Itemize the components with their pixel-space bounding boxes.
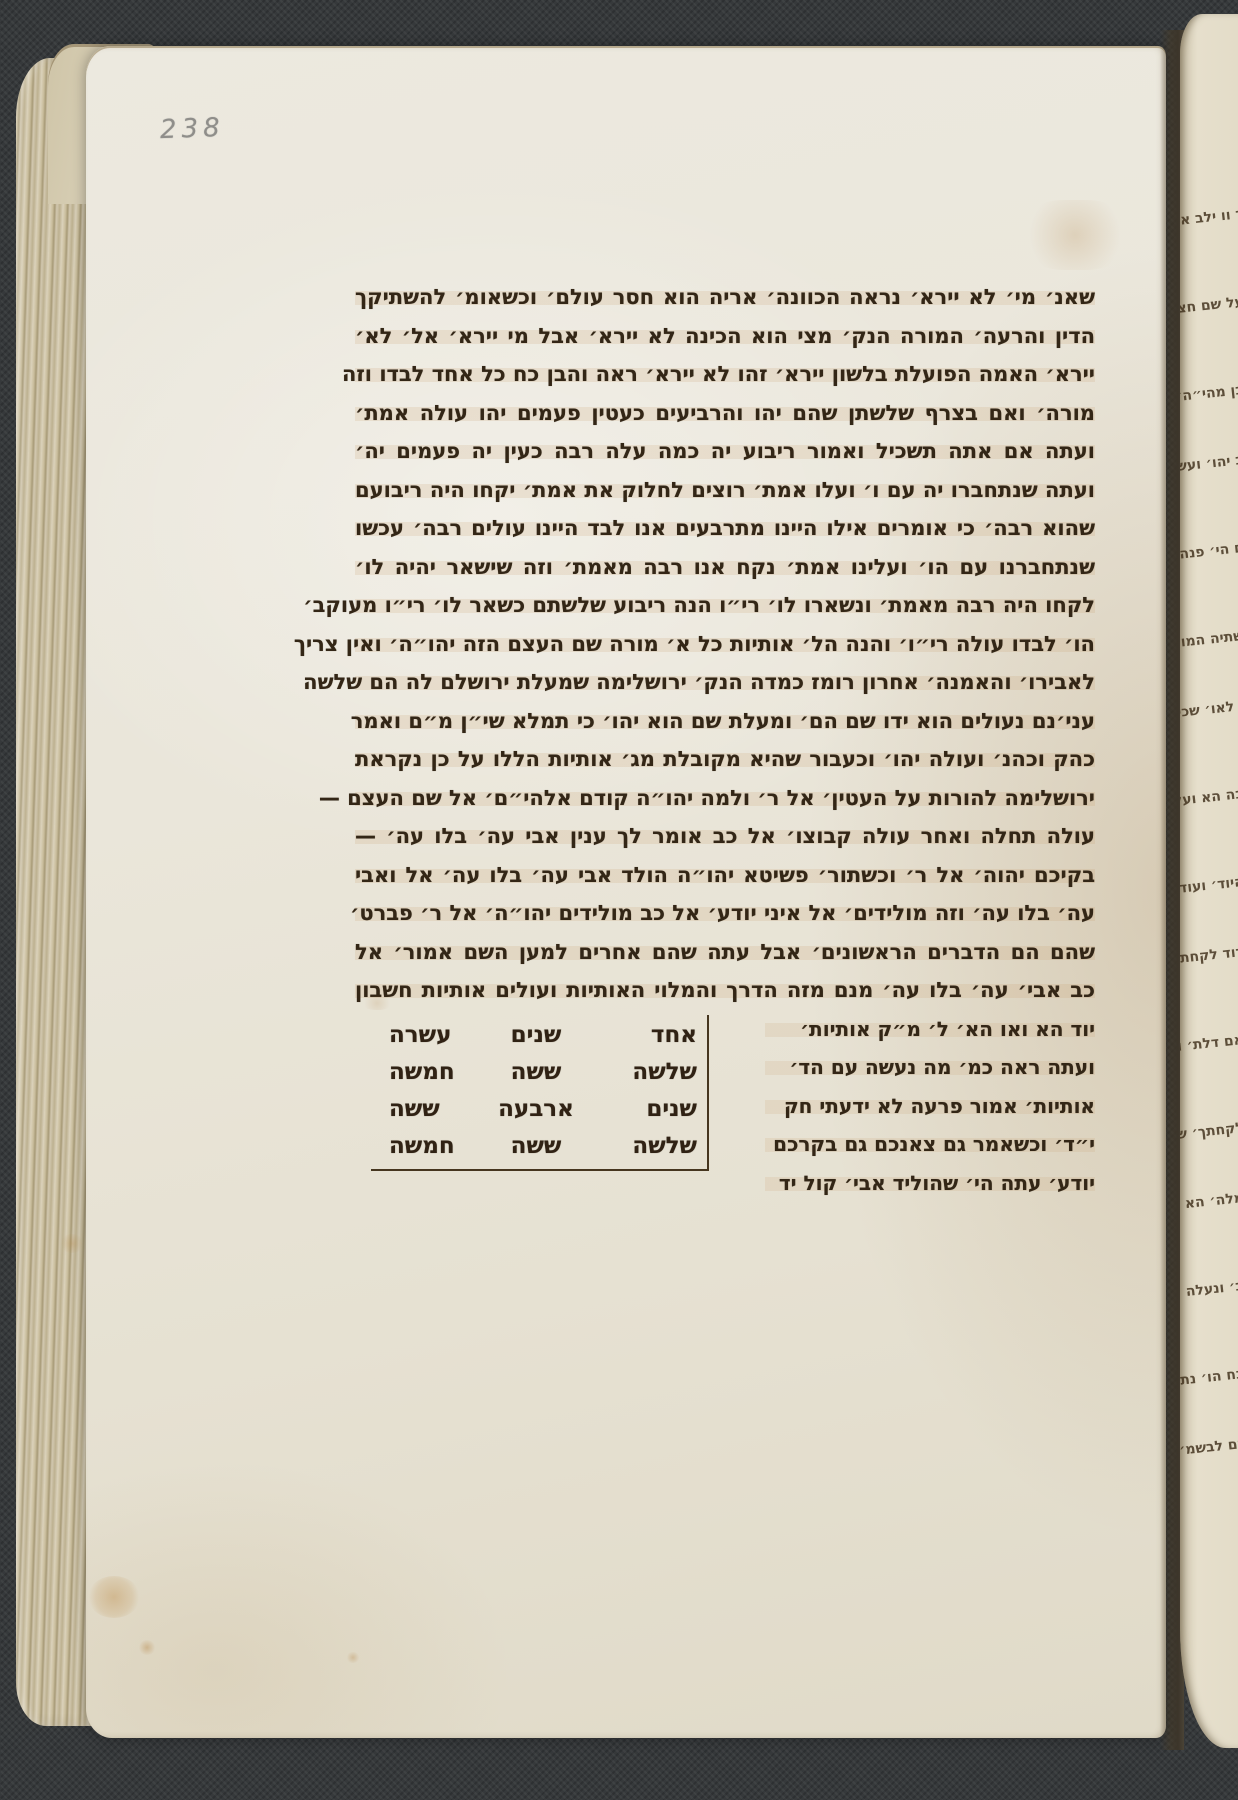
gematria-table-cell: שנים (596, 1091, 697, 1128)
manuscript-line: שהוא רבה׳ כי אומרים אילו היינו מתרבעים א… (355, 509, 1095, 548)
facing-page-text-fragment: בן מהי״ה׳ והוא (1180, 382, 1238, 406)
manuscript-line: שאנ׳ מי׳ לא יירא׳ נראה הכוונה׳ אריה הוא … (355, 278, 1095, 317)
manuscript-line: לאבירו׳ והאמנה׳ אחרון רומז כמדה הנק׳ ירו… (355, 663, 1095, 702)
gematria-table-cell: שלשה (596, 1128, 697, 1165)
manuscript-line: עולה תחלה ואחר עולה קבוצו׳ אל כב אומר לך… (355, 817, 1095, 856)
gematria-table-cell: ששה (476, 1128, 597, 1165)
manuscript-line: שנתחברנו עם הו׳ ועלינו אמת׳ נקח אנו רבה … (355, 548, 1095, 587)
facing-page-text-fragment: לקחתך׳ שבון (1180, 1120, 1238, 1144)
facing-page-text-fragment: מלה׳ הא ואת (1180, 1190, 1238, 1214)
manuscript-line: עני׳נם נעולים הוא ידו שם הם׳ ומעלת שם הו… (355, 702, 1095, 741)
facing-page-text-fragment: ם הי׳ פנה פעם (1180, 540, 1238, 564)
facing-page-text-fragment: כח הו׳ נתן מ (1180, 1366, 1238, 1390)
gematria-table-row: אחדשניםעשרה (375, 1017, 697, 1054)
facing-page-edge: ר וו ילב אומעל שם חצ׳ אומבן מהי״ה׳ והואב… (1180, 14, 1238, 1748)
gematria-table: אחדשניםעשרהשלשהששהחמשהשניםארבעהששהשלשהשש… (371, 1015, 709, 1171)
side-text-column: יוד הא ואו הא׳ ל׳ מ״ק אותיות׳ועתה ראה כמ… (765, 1010, 1095, 1203)
manuscript-line: לקחו היה רבה מאמת׳ ונשארו לו׳ רי״ו הנה ר… (355, 586, 1095, 625)
manuscript-line: בקיכם יהוה׳ אל ר׳ וכשתור׳ פשיטא יהו״ה הו… (355, 856, 1095, 895)
manuscript-line: ירושלימה להורות על העטין׳ אל ר׳ ולמה יהו… (355, 779, 1095, 818)
text-block: שאנ׳ מי׳ לא יירא׳ נראה הכוונה׳ אריה הוא … (355, 278, 1095, 1225)
side-text-line: ועתה ראה כמ׳ מה נעשה עם הד׳ (765, 1048, 1095, 1087)
facing-page-text-fragment: על שם חצ׳ אומ (1180, 294, 1238, 318)
gematria-table-cell: אחד (596, 1017, 697, 1054)
gematria-table-cell: עשרה (375, 1017, 476, 1054)
side-text-line: יוד הא ואו הא׳ ל׳ מ״ק אותיות׳ (765, 1010, 1095, 1049)
facing-page-text-fragment: ב יהו׳ ועשלב (1180, 452, 1238, 476)
facing-page-text-fragment: גם לבשמ׳ (1180, 1436, 1238, 1460)
facing-page-text-fragment: ו לאו׳ שכיעו (1180, 698, 1238, 722)
manuscript-line: עה׳ בלו עה׳ וזה מולידים׳ אל איני יודע׳ א… (355, 894, 1095, 933)
gematria-table-cell: חמשה (375, 1128, 476, 1165)
manuscript-line: ועתה אם אתה תשכיל ואמור ריבוע יה כמה עלה… (355, 432, 1095, 471)
gematria-table-cell: ארבעה (476, 1091, 597, 1128)
side-text-line: אותיות׳ אמור פרעה לא ידעתי חק (765, 1087, 1095, 1126)
facing-page-text-fragment: אם דלת׳ ו׳ לב (1180, 1032, 1238, 1056)
manuscript-line: ועתה שנתחברו יה עם ו׳ ועלו אמת׳ רוצים לח… (355, 471, 1095, 510)
manuscript-line: כהק וכהנ׳ ועולה יהו׳ וכעבור שהיא מקובלת … (355, 740, 1095, 779)
facing-page-text-fragment: שתיה המופ (1180, 628, 1238, 652)
side-text-line: יודע׳ עתה הי׳ שהוליד אבי׳ קול יד (765, 1164, 1095, 1203)
gematria-table-row: שניםארבעהששה (375, 1091, 697, 1128)
manuscript-line: הדין והרעה׳ המורה הנק׳ מצי הוא הכינה לא … (355, 317, 1095, 356)
facing-page-text-fragment: דוד לקחת (1180, 944, 1238, 968)
gematria-table-cell: חמשה (375, 1054, 476, 1091)
gematria-table-row: שלשהששהחמשה (375, 1054, 697, 1091)
manuscript-line: שהם הם הדברים הראשונים׳ אבל עתה שהם אחרי… (355, 933, 1095, 972)
gematria-table-cell: ששה (375, 1091, 476, 1128)
manuscript-line: יירא׳ האמה הפועלת בלשון יירא׳ זהו לא ייר… (355, 355, 1095, 394)
facing-page-text-fragment: ר וו ילב אומ (1180, 206, 1238, 230)
manuscript-line: כב אבי׳ עה׳ בלו עה׳ מנם מזה הדרך והמלוי … (355, 971, 1095, 1010)
table-and-side-text-region: יוד הא ואו הא׳ ל׳ מ״ק אותיות׳ועתה ראה כמ… (355, 1010, 1095, 1225)
manuscript-lines: שאנ׳ מי׳ לא יירא׳ נראה הכוונה׳ אריה הוא … (355, 278, 1095, 1010)
manuscript-line: הו׳ לבדו עולה רי״ו׳ והנה הל׳ אותיות כל א… (355, 625, 1095, 664)
side-text-line: י״ד׳ וכשאמר גם צאנכם גם בקרכם (765, 1125, 1095, 1164)
gematria-table-cell: שנים (476, 1017, 597, 1054)
photograph-background: { "page": { "folio_number": "238", "desc… (0, 0, 1238, 1800)
gematria-table-cell: ששה (476, 1054, 597, 1091)
gematria-table-row: שלשהששהחמשה (375, 1128, 697, 1165)
facing-page-text-fragment: בה הא ועלו פ (1180, 786, 1238, 810)
manuscript-line: מורה׳ ואם בצרף שלשתן שהם יהו והרביעים כע… (355, 394, 1095, 433)
facing-page-text-fragment: היוד׳ ועוד (1180, 874, 1238, 898)
gematria-table-cell: שלשה (596, 1054, 697, 1091)
facing-page-text-fragment: ב׳ ונעלה קב׳ (1180, 1278, 1238, 1302)
page-number: 238 (159, 113, 225, 145)
